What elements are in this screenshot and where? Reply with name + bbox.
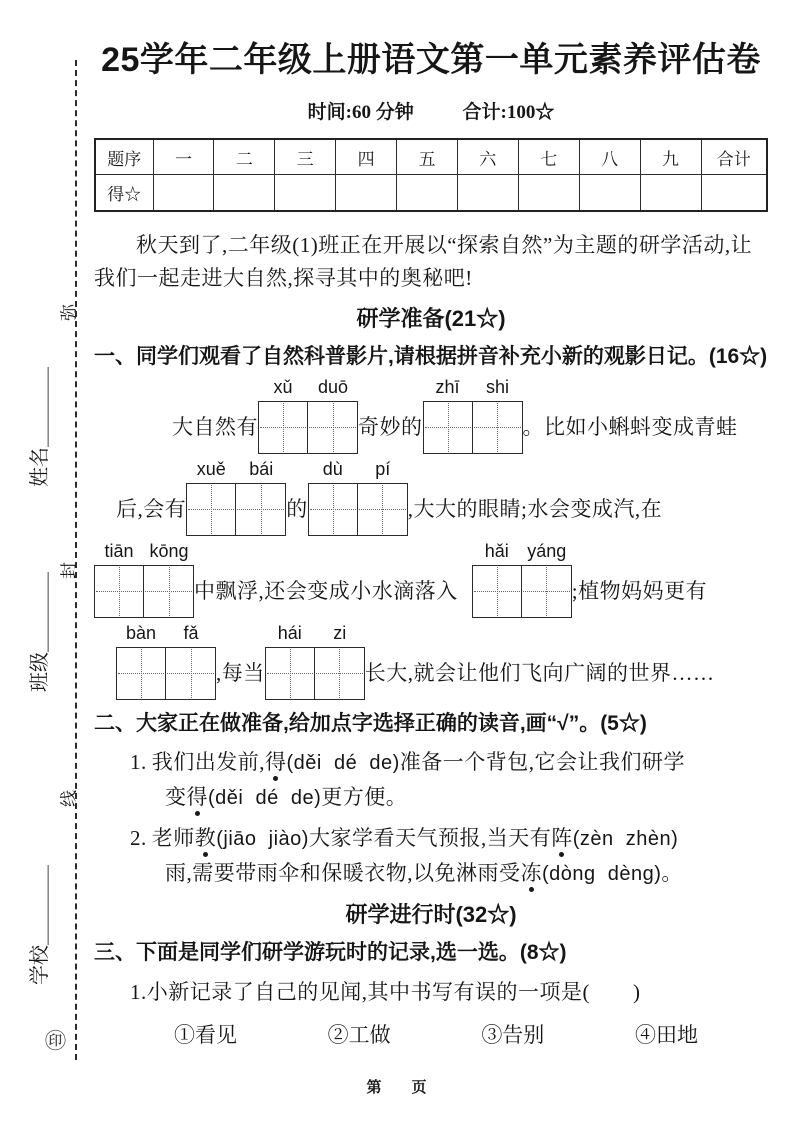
pinyin-syllable: pí: [358, 459, 408, 483]
question3-options: ①看见 ②工做 ③告别 ④田地: [94, 1019, 768, 1049]
score-col-total: 合计: [701, 139, 767, 175]
total-score: 合计:100☆: [463, 102, 555, 123]
row3-mid-text: 中飘浮,还会变成小水滴落入: [194, 541, 458, 604]
emphasized-char: 冻: [521, 861, 543, 885]
paper-title: 25学年二年级上册语文第一单元素养评估卷: [94, 38, 768, 84]
school-blank: 学校＿＿＿＿: [27, 843, 53, 1007]
pinyin-label: dùpí: [308, 459, 408, 483]
pinyin-writing-grid-tiankong: tiānkōng: [94, 541, 194, 618]
item-text: 我们出发前,: [152, 750, 265, 774]
page-footer: 第页: [0, 1076, 793, 1097]
pinyin-choices: (jiāo jiào): [216, 828, 309, 850]
score-col: 四: [336, 139, 397, 175]
score-col: 六: [457, 139, 518, 175]
pinyin-syllable: duō: [308, 377, 358, 401]
item-number: 1.: [130, 750, 147, 774]
row2-pre-text: 后,会有: [116, 459, 186, 522]
score-cell-empty: [214, 175, 275, 211]
pinyin-syllable: zi: [315, 623, 365, 647]
pinyin-syllable: zhī: [423, 377, 473, 401]
tianzige-boxes: [186, 483, 286, 536]
score-cell-empty: [397, 175, 458, 211]
pinyin-syllable: hái: [265, 623, 315, 647]
row3-post-text: ;植物妈妈更有: [572, 541, 707, 604]
score-table-header-row: 题序 一 二 三 四 五 六 七 八 九 合计: [95, 139, 767, 175]
footer-page-prefix: 第: [366, 1079, 381, 1096]
question2-item-1: 1.我们出发前,得(děi dé de)准备一个背包,它会让我们研学 变得(dě…: [94, 745, 768, 815]
writing-cell: [258, 401, 308, 454]
score-row-label: 得☆: [95, 175, 153, 211]
tianzige-boxes: [94, 565, 194, 618]
score-cell-empty: [701, 175, 767, 211]
pinyin-writing-grid-haizi: háizi: [265, 623, 365, 700]
emphasized-char: 得: [187, 785, 209, 809]
tianzige-boxes: [258, 401, 358, 454]
seal-char-feng: 封: [55, 558, 80, 584]
writing-cell: [308, 401, 358, 454]
score-cell-empty: [153, 175, 214, 211]
writing-cell: [186, 483, 236, 536]
item-text: 雨,需要带雨伞和保暖衣物,以免淋雨受: [165, 861, 521, 885]
pinyin-syllable: tiān: [94, 541, 144, 565]
score-cell-empty: [640, 175, 701, 211]
pinyin-syllable: bái: [236, 459, 286, 483]
tianzige-boxes: [308, 483, 408, 536]
option-4: ④田地: [635, 1019, 698, 1049]
writing-cell: [358, 483, 408, 536]
writing-cell: [144, 565, 194, 618]
score-col: 五: [397, 139, 458, 175]
score-col: 八: [579, 139, 640, 175]
score-cell-empty: [457, 175, 518, 211]
pinyin-syllable: xǔ: [258, 377, 308, 401]
score-cell-empty: [275, 175, 336, 211]
score-cell-empty: [518, 175, 579, 211]
question1-title: 一、同学们观看了自然科普影片,请根据拼音补充小新的观影日记。(16☆): [94, 341, 768, 372]
score-col: 七: [518, 139, 579, 175]
section-heading-during: 研学进行时(32☆): [94, 898, 768, 929]
writing-cell: [472, 565, 522, 618]
seal-mark-icon: ㊞: [45, 1025, 66, 1055]
seal-char-mi: 弥: [55, 300, 80, 326]
writing-cell: [236, 483, 286, 536]
item-text: 变: [165, 785, 187, 809]
pinyin-label: bànfǎ: [116, 623, 216, 647]
pinyin-syllable: bàn: [116, 623, 166, 647]
pinyin-syllable: yáng: [522, 541, 572, 565]
fill-in-row-3: tiānkōng 中飘浮,还会变成小水滴落入 hǎiyáng ;植物妈妈更有: [94, 541, 768, 618]
option-1: ①看见: [174, 1019, 237, 1049]
pinyin-label: zhīshi: [423, 377, 523, 401]
paper-content: 25学年二年级上册语文第一单元素养评估卷 时间:60 分钟 合计:100☆ 题序…: [94, 38, 768, 1049]
pinyin-label: hǎiyáng: [472, 541, 572, 565]
footer-page-suffix: 页: [412, 1079, 427, 1096]
writing-cell: [94, 565, 144, 618]
pinyin-choices: (děi dé de): [208, 787, 321, 809]
pinyin-syllable: shi: [473, 377, 523, 401]
row4-post-text: 长大,就会让他们飞向广阔的世界……: [365, 623, 715, 686]
score-col: 三: [275, 139, 336, 175]
pinyin-syllable: fǎ: [166, 623, 216, 647]
seal-char-xian: 线: [55, 786, 80, 812]
pinyin-syllable: dù: [308, 459, 358, 483]
writing-cell: [473, 401, 523, 454]
section-heading-prep: 研学准备(21☆): [94, 302, 768, 333]
item-text: 更方便。: [321, 785, 407, 809]
score-table-score-row: 得☆: [95, 175, 767, 211]
emphasized-char: 阵: [551, 826, 573, 850]
pinyin-choices: (dòng dèng): [542, 863, 661, 885]
fill-in-row-4: bànfǎ ,每当 háizi 长大,就会让他们飞向广阔的世界……: [94, 623, 768, 700]
score-cell-empty: [336, 175, 397, 211]
question2-title: 二、大家正在做准备,给加点字选择正确的读音,画“√”。(5☆): [94, 708, 768, 739]
pinyin-writing-grid-xuebai: xuěbái: [186, 459, 286, 536]
pinyin-choices: (zèn zhèn): [573, 828, 679, 850]
row1-mid-text: 奇妙的: [358, 377, 423, 440]
pinyin-syllable: hǎi: [472, 541, 522, 565]
writing-cell: [308, 483, 358, 536]
exam-paper-page: { "colors": { "ink": "#161616", "paper":…: [0, 0, 793, 1122]
pinyin-syllable: xuě: [186, 459, 236, 483]
pinyin-choices: (děi dé de): [287, 752, 400, 774]
fill-in-row-2: 后,会有 xuěbái 的 dùpí ,大大的眼睛;水会变成汽,在: [94, 459, 768, 536]
option-2: ②工做: [328, 1019, 391, 1049]
row4-mid-text: ,每当: [216, 623, 265, 686]
tianzige-boxes: [265, 647, 365, 700]
pinyin-writing-grid-banfa: bànfǎ: [116, 623, 216, 700]
pinyin-label: xǔduō: [258, 377, 358, 401]
intro-paragraph: 秋天到了,二年级(1)班正在开展以“探索自然”为主题的研学活动,让我们一起走进大…: [94, 229, 768, 295]
pinyin-syllable: kōng: [144, 541, 194, 565]
item-text: 老师: [152, 826, 195, 850]
pinyin-writing-grid-dupi: dùpí: [308, 459, 408, 536]
pinyin-label: háizi: [265, 623, 365, 647]
item-text: 大家学看天气预报,当天有: [309, 826, 551, 850]
score-cell-empty: [579, 175, 640, 211]
score-col: 二: [214, 139, 275, 175]
row2-mid-text: 的: [286, 459, 308, 522]
writing-cell: [522, 565, 572, 618]
pinyin-writing-grid-haiyang: hǎiyáng: [472, 541, 572, 618]
score-col: 九: [640, 139, 701, 175]
question3-item-1: 1.小新记录了自己的见闻,其中书写有误的一项是( ): [94, 975, 768, 1009]
fill-in-row-1: 大自然有 xǔduō 奇妙的 zhīshi 。比如小蝌蚪变成青蛙: [94, 377, 768, 454]
exam-meta: 时间:60 分钟 合计:100☆: [94, 97, 768, 124]
item-text: 。: [661, 861, 683, 885]
writing-cell: [166, 647, 216, 700]
score-col: 一: [153, 139, 214, 175]
row2-post-text: ,大大的眼睛;水会变成汽,在: [408, 459, 662, 522]
tianzige-boxes: [116, 647, 216, 700]
tianzige-boxes: [423, 401, 523, 454]
class-blank: 班级＿＿＿＿: [27, 550, 53, 714]
item-text: 准备一个背包,它会让我们研学: [400, 750, 685, 774]
writing-cell: [116, 647, 166, 700]
question2-item-2: 2.老师教(jiāo jiào)大家学看天气预报,当天有阵(zèn zhèn) …: [94, 821, 768, 891]
writing-cell: [265, 647, 315, 700]
pinyin-writing-grid-xuduo: xǔduō: [258, 377, 358, 454]
option-3: ③告别: [481, 1019, 544, 1049]
row1-post-text: 。比如小蝌蚪变成青蛙: [523, 377, 738, 440]
student-name-blank: 姓名＿＿＿＿: [27, 345, 53, 509]
score-table: 题序 一 二 三 四 五 六 七 八 九 合计 得☆: [94, 138, 768, 212]
pinyin-label: tiānkōng: [94, 541, 194, 565]
tianzige-boxes: [472, 565, 572, 618]
emphasized-char: 得: [265, 750, 287, 774]
pinyin-writing-grid-zhishi: zhīshi: [423, 377, 523, 454]
question3-title: 三、下面是同学们研学游玩时的记录,选一选。(8☆): [94, 937, 768, 968]
row1-pre-text: 大自然有: [172, 377, 258, 440]
pinyin-label: xuěbái: [186, 459, 286, 483]
score-col-label: 题序: [95, 139, 153, 175]
writing-cell: [423, 401, 473, 454]
emphasized-char: 教: [195, 826, 217, 850]
writing-cell: [315, 647, 365, 700]
item-number: 2.: [130, 826, 147, 850]
time-limit: 时间:60 分钟: [308, 102, 414, 123]
